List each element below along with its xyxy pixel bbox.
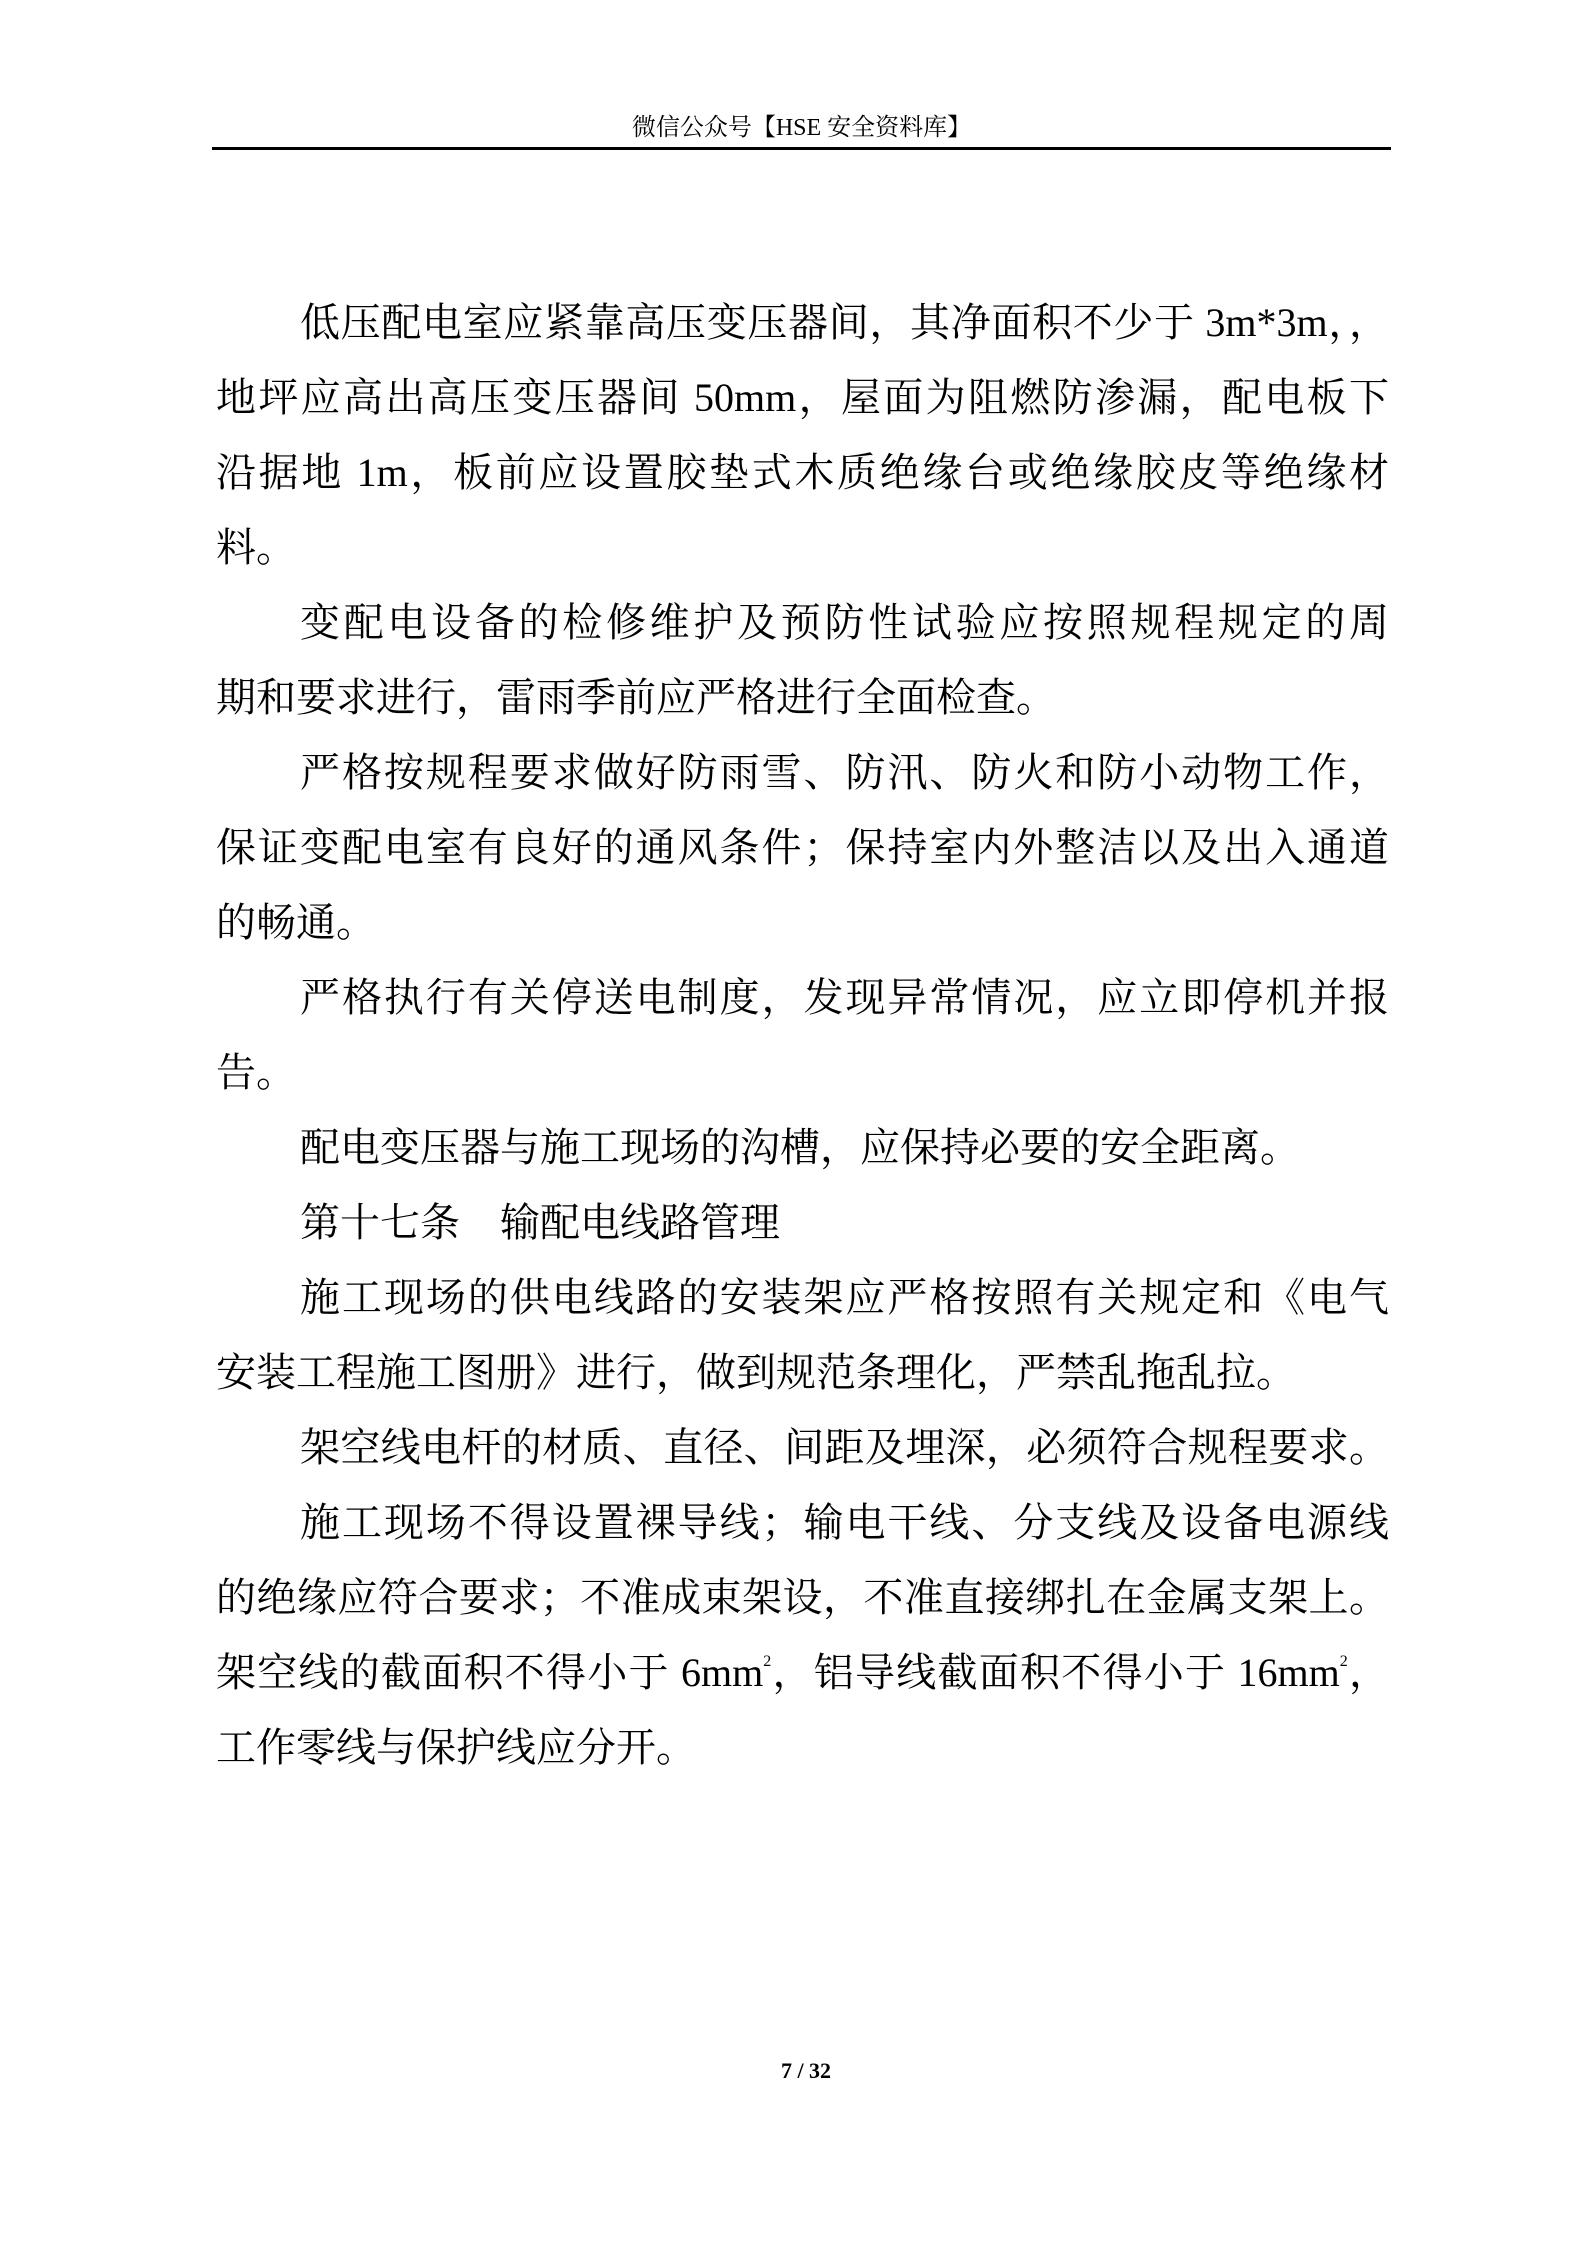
header-divider <box>212 147 1391 150</box>
text-run: ，铝导线截面积不得小于 16mm <box>771 1650 1340 1695</box>
paragraph-line: 期和要求进行，雷雨季前应严格进行全面检查。 <box>216 660 1056 735</box>
paragraph-line: 安装工程施工图册》进行，做到规范条理化，严禁乱拖乱拉。 <box>216 1335 1296 1410</box>
paragraph-line: 的绝缘应符合要求；不准成束架设，不准直接绑扎在金属支架上。 <box>216 1560 1389 1635</box>
paragraph-line: 料。 <box>216 510 296 585</box>
paragraph-line: 沿据地 1m，板前应设置胶垫式木质绝缘台或绝缘胶皮等绝缘材 <box>216 435 1389 510</box>
paragraph-line: 严格执行有关停送电制度，发现异常情况，应立即停机并报 <box>300 960 1389 1035</box>
paragraph-line: 工作零线与保护线应分开。 <box>216 1710 696 1785</box>
section-heading: 第十七条 输配电线路管理 <box>300 1185 780 1260</box>
paragraph-line: 告。 <box>216 1035 296 1110</box>
paragraph-line-with-superscripts: 架空线的截面积不得小于 6mm2，铝导线截面积不得小于 16mm2， <box>216 1635 1389 1710</box>
paragraph-line: 地坪应高出高压变压器间 50mm，屋面为阻燃防渗漏，配电板下 <box>216 360 1389 435</box>
superscript: 2 <box>1340 1653 1348 1670</box>
running-header: 微信公众号【HSE 安全资料库】 <box>212 112 1391 144</box>
paragraph-line: 严格按规程要求做好防雨雪、防汛、防火和防小动物工作， <box>300 735 1389 810</box>
paragraph-line: 施工现场不得设置裸导线；输电干线、分支线及设备电源线 <box>300 1485 1389 1560</box>
paragraph-line: 配电变压器与施工现场的沟槽，应保持必要的安全距离。 <box>300 1110 1300 1185</box>
paragraph-line: 保证变配电室有良好的通风条件；保持室内外整洁以及出入通道 <box>216 810 1389 885</box>
text-run: ， <box>1348 1650 1389 1695</box>
paragraph-line: 低压配电室应紧靠高压变压器间，其净面积不少于 3m*3m，， <box>300 285 1389 360</box>
paragraph-line: 架空线电杆的材质、直径、间距及埋深，必须符合规程要求。 <box>300 1410 1389 1485</box>
paragraph-line: 变配电设备的检修维护及预防性试验应按照规程规定的周 <box>300 585 1389 660</box>
paragraph-line: 施工现场的供电线路的安装架应严格按照有关规定和《电气 <box>300 1260 1389 1335</box>
page-number: 7 / 32 <box>0 2058 1587 2084</box>
paragraph-line: 的畅通。 <box>216 885 376 960</box>
text-run: 架空线的截面积不得小于 6mm <box>216 1650 763 1695</box>
